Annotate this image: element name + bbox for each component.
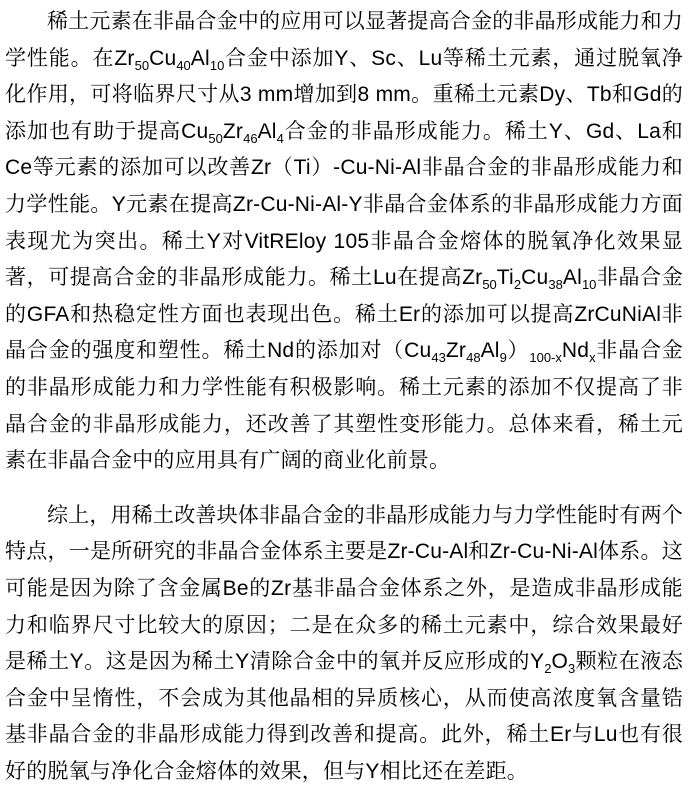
text-run: Al (481, 339, 500, 362)
paragraph-1: 稀土元素在非晶合金中的应用可以显著提高合金的非晶形成能力和力学性能。在Zr50C… (5, 4, 683, 480)
text-run: Al (191, 47, 210, 70)
text-run: Zr (446, 339, 466, 362)
text-run: O (551, 650, 568, 673)
text-run: 综上，用稀土改善块体非晶合金的非晶形成能力与力学性能时有两个特点，一是所研究的非… (5, 504, 683, 673)
subscript-text: 10 (210, 58, 224, 73)
subscript-text: 38 (548, 277, 562, 292)
subscript-text: 100-x (529, 350, 562, 365)
document-body: 稀土元素在非晶合金中的应用可以显著提高合金的非晶形成能力和力学性能。在Zr50C… (5, 4, 683, 790)
text-run: Al (563, 266, 582, 289)
subscript-text: 50 (208, 131, 222, 146)
text-run: Zr (223, 120, 243, 143)
subscript-text: 46 (243, 131, 257, 146)
subscript-text: 50 (482, 277, 496, 292)
subscript-text: 40 (176, 58, 190, 73)
text-run: 合金的非晶形成能力。稀土Y、Gd、La和Ce等元素的添加可以改善Zr（Ti）-C… (5, 120, 683, 289)
subscript-text: 48 (466, 350, 480, 365)
document-page: 稀土元素在非晶合金中的应用可以显著提高合金的非晶形成能力和力学性能。在Zr50C… (0, 0, 688, 791)
subscript-text: 50 (135, 58, 149, 73)
text-run: Cu (521, 266, 548, 289)
subscript-text: 9 (500, 350, 507, 365)
text-run: Nd (562, 339, 589, 362)
text-run: Al (258, 120, 277, 143)
text-run: Ti (497, 266, 514, 289)
subscript-text: 4 (277, 131, 284, 146)
paragraph-2: 综上，用稀土改善块体非晶合金的非晶形成能力与力学性能时有两个特点，一是所研究的非… (5, 498, 683, 791)
text-run: Cu (149, 47, 176, 70)
text-run: ） (507, 339, 529, 362)
subscript-text: 43 (431, 350, 445, 365)
subscript-text: 10 (582, 277, 596, 292)
